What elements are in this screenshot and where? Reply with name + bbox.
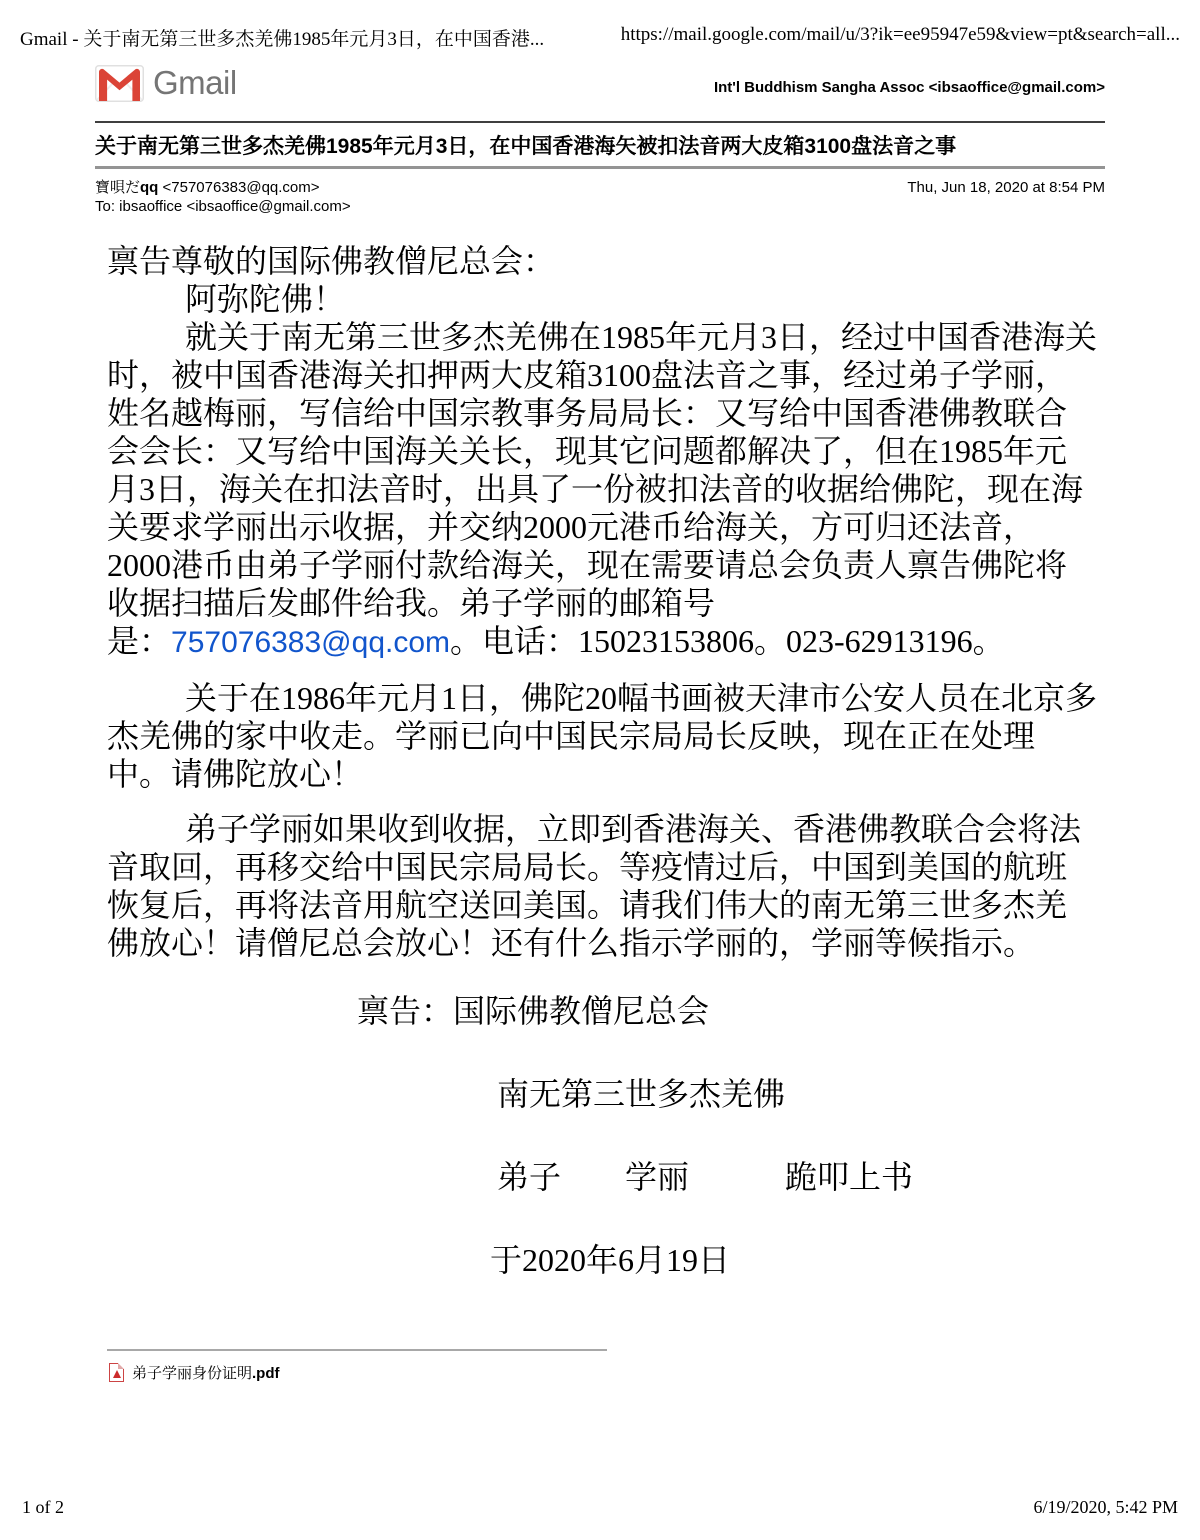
message-date: Thu, Jun 18, 2020 at 8:54 PM: [907, 178, 1105, 197]
pdf-attachment-icon: [109, 1363, 124, 1382]
body-line: 关于在1986年元月1日，佛陀20幅书画被天津市公安人员在北京多: [107, 679, 1105, 717]
printed-email-page: { "print_header": { "title": "Gmail - 关于…: [0, 0, 1200, 1540]
body-line: 会会长：又写给中国海关关长，现其它问题都解决了，但在1985年元: [107, 432, 1105, 470]
body-line: 恢复后，再将法音用航空送回美国。请我们伟大的南无第三世多杰羌: [107, 886, 1105, 924]
attachment-row[interactable]: 弟子学丽身份证明.pdf: [109, 1362, 1105, 1383]
body-line: 佛放心！请僧尼总会放心！还有什么指示学丽的，学丽等候指示。: [107, 924, 1105, 962]
closing-line: 于2020年6月19日: [490, 1241, 1105, 1279]
from-line: 寶唄だqq <757076383@qq.com>: [95, 178, 320, 197]
closing-line: 禀告：国际佛教僧尼总会: [357, 992, 1105, 1030]
closing-line: 南无第三世多杰羌佛: [497, 1075, 1105, 1113]
account-owner-email: Int'l Buddhism Sangha Assoc <ibsaoffice@…: [714, 71, 1105, 96]
to-line: To: ibsaoffice <ibsaoffice@gmail.com>: [95, 197, 1105, 216]
closing-block: 禀告：国际佛教僧尼总会南无第三世多杰羌佛弟子 学丽 跪叩上书于2020年6月19…: [107, 992, 1105, 1279]
print-footer: 1 of 2 6/19/2020, 5:42 PM: [22, 1497, 1178, 1518]
body-line-text: 。电话：15023153806。023-62913196。: [450, 623, 1005, 659]
email-meta: 寶唄だqq <757076383@qq.com> Thu, Jun 18, 20…: [95, 169, 1105, 216]
gmail-logo: Gmail: [95, 64, 237, 102]
email-subject: 关于南无第三世多杰羌佛1985年元月3日，在中国香港海矢被扣法音两大皮箱3100…: [95, 123, 1105, 166]
sender-email-link[interactable]: 757076383@qq.com: [171, 626, 450, 659]
from-name: 寶唄だ: [95, 179, 140, 196]
body-line: 2000港币由弟子学丽付款给海关，现在需要请总会负责人禀告佛陀将: [107, 546, 1105, 584]
body-line: 月3日，海关在扣法音时，出具了一份被扣法音的收据给佛陀，现在海: [107, 470, 1105, 508]
from-address: <757076383@qq.com>: [158, 179, 319, 196]
gmail-wordmark: Gmail: [153, 64, 237, 102]
body-line: 关要求学丽出示收据，并交纳2000元港币给海关，方可归还法音，: [107, 508, 1105, 546]
attachment-filename: 弟子学丽身份证明.pdf: [132, 1362, 280, 1383]
body-line: 收据扫描后发邮件给我。弟子学丽的邮箱号: [107, 584, 1105, 622]
gmail-envelope-icon: [95, 65, 144, 102]
body-line: 音取回，再移交给中国民宗局局长。等疫情过后，中国到美国的航班: [107, 848, 1105, 886]
attachment-divider: [107, 1349, 607, 1351]
attachment-extension: .pdf: [252, 1365, 280, 1382]
body-line: 时，被中国香港海关扣押两大皮箱3100盘法音之事，经过弟子学丽，: [107, 356, 1105, 394]
body-line: 弟子学丽如果收到收据，立即到香港海关、香港佛教联合会将法: [107, 810, 1105, 848]
from-name-bold: qq: [140, 179, 158, 196]
print-header-url: https://mail.google.com/mail/u/3?ik=ee95…: [621, 24, 1180, 51]
browser-print-header: Gmail - 关于南无第三世多杰羌佛1985年元月3日，在中国香港... ht…: [20, 24, 1180, 51]
print-header-title: Gmail - 关于南无第三世多杰羌佛1985年元月3日，在中国香港...: [20, 24, 544, 51]
body-line: 中。请佛陀放心！: [107, 755, 1105, 793]
closing-line: 弟子 学丽 跪叩上书: [497, 1158, 1105, 1196]
page-number: 1 of 2: [22, 1497, 64, 1518]
email-print-content: Gmail Int'l Buddhism Sangha Assoc <ibsao…: [95, 60, 1105, 1383]
body-line: 姓名越梅丽，写信给中国宗教事务局局长：又写给中国香港佛教联合: [107, 394, 1105, 432]
attachment-name: 弟子学丽身份证明: [132, 1365, 252, 1382]
body-line-text: 是：: [107, 623, 171, 659]
body-line: 是：757076383@qq.com。电话：15023153806。023-62…: [107, 622, 1105, 662]
body-line: 禀告尊敬的国际佛教僧尼总会：: [107, 242, 1105, 280]
from-date-row: 寶唄だqq <757076383@qq.com> Thu, Jun 18, 20…: [95, 178, 1105, 197]
print-datetime: 6/19/2020, 5:42 PM: [1033, 1497, 1178, 1518]
gmail-header-row: Gmail Int'l Buddhism Sangha Assoc <ibsao…: [95, 60, 1105, 106]
body-line: 就关于南无第三世多杰羌佛在1985年元月3日，经过中国香港海关: [107, 318, 1105, 356]
body-line: 阿弥陀佛！: [107, 280, 1105, 318]
email-body: 禀告尊敬的国际佛教僧尼总会：阿弥陀佛！就关于南无第三世多杰羌佛在1985年元月3…: [107, 242, 1105, 962]
body-line: 杰羌佛的家中收走。学丽已向中国民宗局局长反映，现在正在处理: [107, 717, 1105, 755]
